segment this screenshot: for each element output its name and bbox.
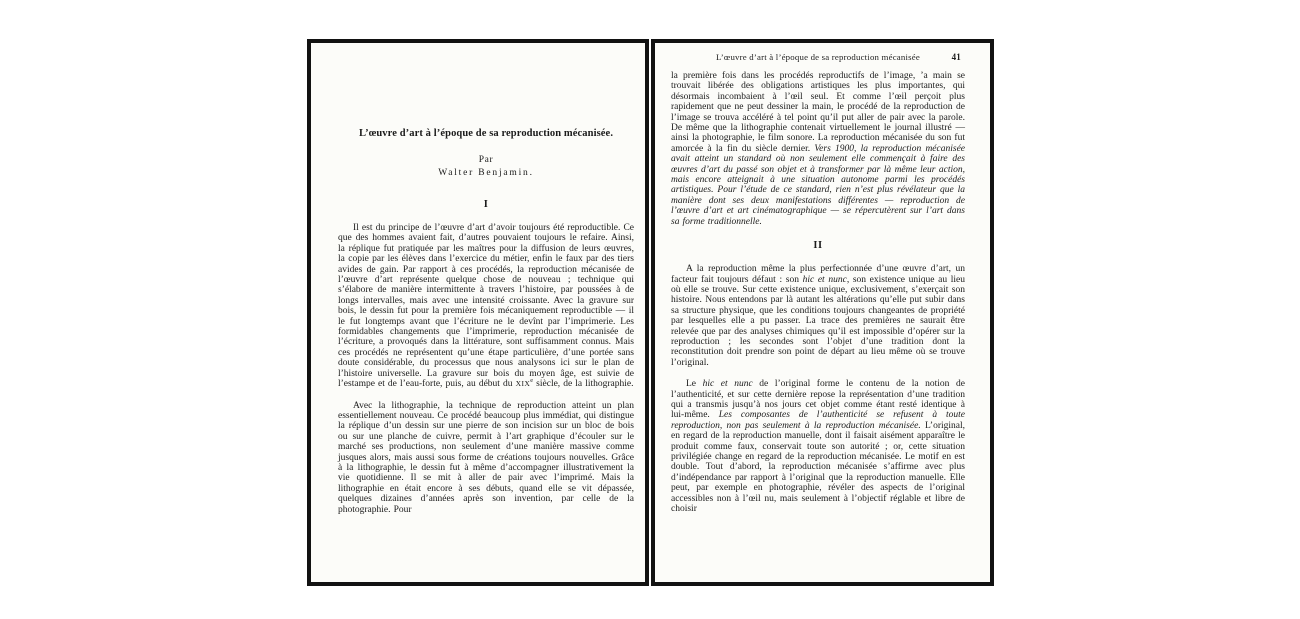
scanned-book-spread: L’œuvre d’art à l’époque de sa reproduct… [0, 0, 1300, 619]
paragraph: A la reproduction même la plus perfectio… [671, 264, 965, 368]
page-right-content: L’œuvre d’art à l’époque de sa reproduct… [655, 43, 990, 514]
paragraph: la première fois dans les procédés repro… [671, 71, 965, 227]
text-segment: Le [686, 379, 703, 389]
article-title: L’œuvre d’art à l’époque de sa reproduct… [338, 127, 634, 140]
page-left: L’œuvre d’art à l’époque de sa reproduct… [307, 39, 649, 586]
section-heading-two: II [671, 240, 965, 251]
right-page-body-top: la première fois dans les procédés repro… [671, 71, 965, 227]
section-heading-one: I [338, 199, 634, 210]
paragraph: Il est du principe de l’œuvre d’art d’av… [338, 223, 634, 390]
text-segment: siècle, de la lithographie. [533, 379, 633, 389]
text-segment: la première fois dans les procédés repro… [671, 71, 965, 154]
text-segment: L’original, en regard de la reproduction… [671, 421, 965, 514]
right-page-body-bottom: A la reproduction même la plus perfectio… [671, 264, 965, 514]
text-segment: hic et nunc [703, 379, 753, 389]
byline-par: Par [338, 155, 634, 165]
paragraph: Avec la lithographie, la technique de re… [338, 401, 634, 515]
running-header: L’œuvre d’art à l’époque de sa reproduct… [671, 52, 965, 62]
text-segment: Avec la lithographie, la technique de re… [338, 401, 634, 515]
page-right: L’œuvre d’art à l’époque de sa reproduct… [651, 39, 994, 586]
text-segment: hic et nunc [803, 275, 847, 285]
text-segment: Vers 1900, la reproduction mécanisée ava… [671, 144, 965, 227]
text-segment: , son existence unique au lieu où elle s… [671, 275, 965, 368]
byline-author: Walter Benjamin. [338, 168, 634, 178]
left-page-body: Il est du principe de l’œuvre d’art d’av… [338, 223, 634, 515]
page-number: 41 [952, 52, 961, 62]
running-header-title: L’œuvre d’art à l’époque de sa reproduct… [716, 52, 920, 62]
page-left-content: L’œuvre d’art à l’époque de sa reproduct… [311, 43, 645, 515]
text-segment: Il est du principe de l’œuvre d’art d’av… [338, 223, 634, 389]
text-segment: xix [516, 379, 531, 388]
paragraph: Le hic et nunc de l’original forme le co… [671, 379, 965, 514]
